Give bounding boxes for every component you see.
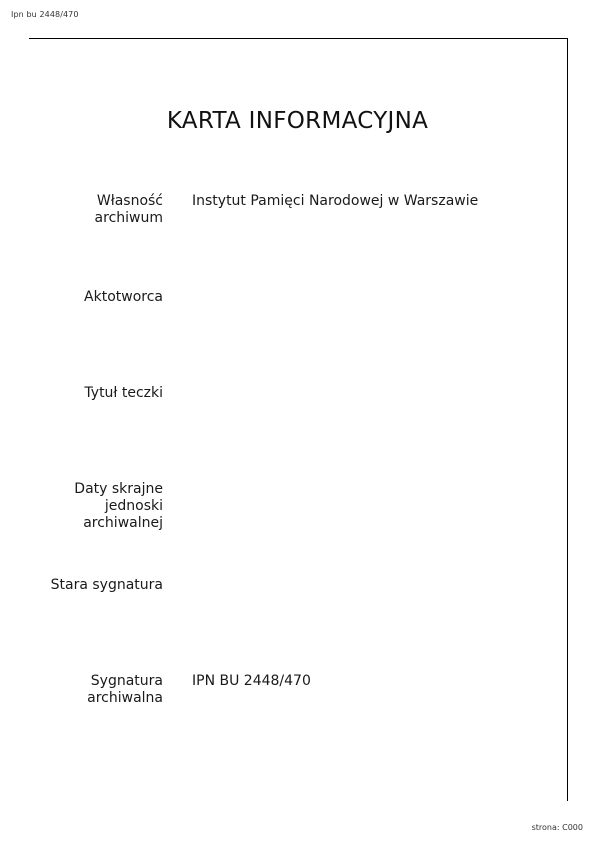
field-label-old-signature: Stara sygnatura: [51, 577, 163, 594]
frame-right-border: [567, 38, 568, 801]
document-reference: Ipn bu 2448/470: [11, 10, 79, 19]
field-label-folder-title: Tytuł teczki: [84, 385, 163, 402]
field-label-date-range: Daty skrajne jednoski archiwalnej: [74, 481, 163, 532]
field-value-ownership: Instytut Pamięci Narodowej w Warszawie: [192, 193, 478, 210]
page-number: strona: C000: [532, 823, 583, 832]
field-label-creator: Aktotworca: [84, 289, 163, 306]
page-title: KARTA INFORMACYJNA: [0, 108, 595, 134]
frame-top-border: [29, 38, 568, 39]
field-value-archival-signature: IPN BU 2448/470: [192, 673, 311, 690]
field-label-ownership: Własność archiwum: [95, 193, 163, 227]
field-label-archival-signature: Sygnatura archiwalna: [87, 673, 163, 707]
